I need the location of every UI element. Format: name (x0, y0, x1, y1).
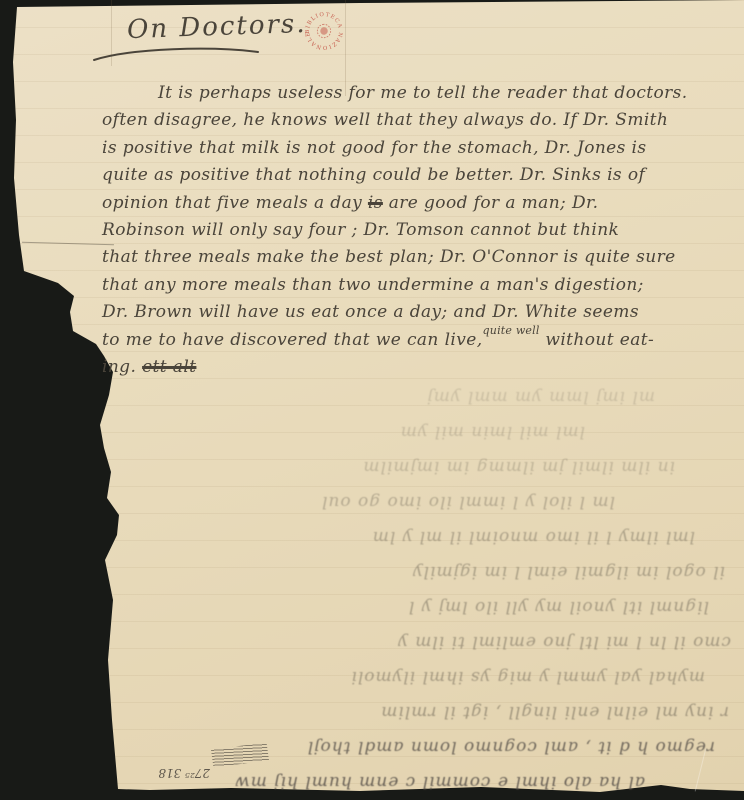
bleedthrough-line: r iny ml eilnl enli lingll , igt il rmli… (95, 687, 735, 722)
bleedthrough-text-block: al ha alo ihml e commil c enm huml hij m… (95, 372, 735, 792)
manuscript-line: often disagree, he knows well that they … (102, 107, 732, 134)
line-text: opinion that five meals a day (102, 193, 368, 213)
scanned-manuscript-page: BIBLIOTECA NAZIONALE • On Doctors. It is… (0, 0, 744, 800)
manuscript-line: is positive that milk is not good for th… (102, 135, 732, 162)
bleedthrough-line: ml imj lmm ym mml ymj (95, 372, 735, 407)
manuscript-line: It is perhaps useless for me to tell the… (102, 80, 732, 107)
line-text: to me to have discovered that we can liv… (102, 330, 483, 350)
manuscript-body: It is perhaps useless for me to tell the… (102, 80, 732, 381)
bleedthrough-line: lm l ilol y l imml ilo imo go oul (95, 477, 735, 512)
bleedthrough-line: regmo h d it , aml cognmo lomn amdl thoj… (95, 722, 735, 757)
title-underline (92, 44, 264, 64)
struck-word: is (368, 193, 383, 213)
line-text: are good for a man; Dr. (383, 193, 599, 213)
page-title: On Doctors. (127, 9, 307, 45)
bleedthrough-line: cmo il ln l mi ltl jno emliml ti ilm y (95, 617, 735, 652)
manuscript-line: that three meals make the best plan; Dr.… (102, 244, 732, 271)
manuscript-line: that any more meals than two undermine a… (102, 272, 732, 299)
bleedthrough-line: lml ilmy l il imo mnoiml il ml y lm (95, 512, 735, 547)
line-text: without eat- (540, 330, 655, 350)
bleedthrough-line: il ogol im ilgmil eiml l im igjmily (95, 547, 735, 582)
bleedthrough-line: myhal yal ymml y mig ys ihml ilymoli (95, 652, 735, 687)
manuscript-line: Robinson will only say four ; Dr. Tomson… (102, 217, 732, 244)
bleedthrough-line: in ilm ilmil jm ilmmg im imjmilm (95, 442, 735, 477)
bleedthrough-line: lignml itl ynoil my yll ilo lmj y l (95, 582, 735, 617)
inserted-text: quite well (483, 324, 540, 337)
manuscript-line: Dr. Brown will have us eat once a day; a… (102, 299, 732, 326)
catalog-number: 27²⁵ 318 (150, 766, 210, 780)
manuscript-line: quite as positive that nothing could be … (102, 162, 732, 189)
manuscript-line: opinion that five meals a day is are goo… (102, 190, 732, 217)
manuscript-line: to me to have discovered that we can liv… (102, 327, 732, 354)
bleedthrough-line: lml mil lmin mil ym (95, 407, 735, 442)
